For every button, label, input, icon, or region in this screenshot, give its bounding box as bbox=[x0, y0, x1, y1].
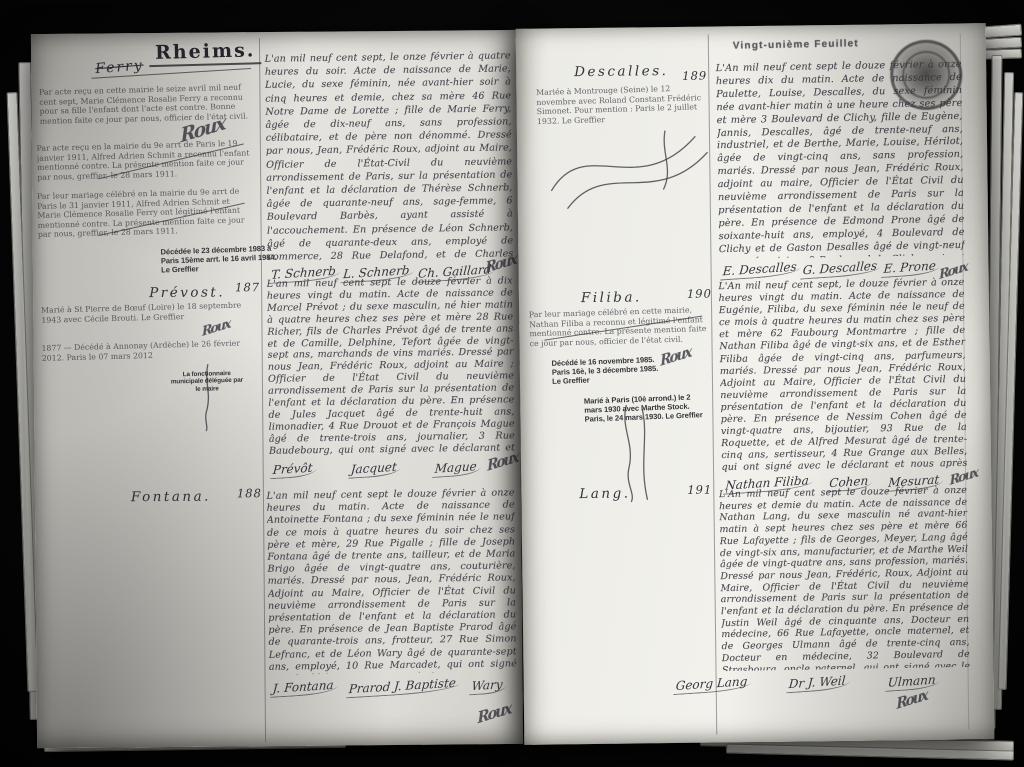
municipal-officer-stamp: La fonctionnaire municipale déléguée par… bbox=[168, 370, 247, 394]
signature-row: J. Fontana Prarod J. Baptiste Wary bbox=[271, 678, 507, 696]
signature: Georg Lang bbox=[673, 674, 752, 695]
signature-row: Georg Lang Dr J. Weil Ulmann bbox=[674, 674, 940, 693]
signature: Ulmann bbox=[885, 672, 940, 692]
pen-flourish bbox=[545, 122, 716, 214]
signature: Prarod J. Baptiste bbox=[346, 675, 460, 698]
signature: Dr J. Weil bbox=[787, 673, 851, 693]
record-number-191: 191 bbox=[687, 483, 712, 497]
right-page: Vingt-unième Feuillet Descalles. 189 Mar… bbox=[516, 23, 995, 745]
act-body-fontana: L'an mil neuf cent sept le douze février… bbox=[266, 487, 517, 674]
record-number-189: 189 bbox=[682, 69, 707, 83]
signature: Wary bbox=[469, 677, 507, 695]
signature: G. Descalles bbox=[800, 258, 882, 279]
photograph-background: Archives de Paris. Tous droits réservés.… bbox=[0, 0, 1024, 767]
folio-header: Vingt-unième Feuillet bbox=[696, 38, 896, 53]
margin-note-death-2012: 1877 — Décédé à Annonay (Ardèche) le 26 … bbox=[41, 338, 247, 367]
signature: J. Fontana bbox=[270, 678, 338, 698]
record-number-188: 188 bbox=[237, 486, 262, 500]
act-body-prevost: L'an mil neuf cent sept le douze février… bbox=[267, 275, 515, 456]
signature: Prévôt bbox=[270, 460, 317, 479]
death-mention-stamp: Décédée le 23 décembre 1983 à Paris 15èm… bbox=[160, 244, 279, 274]
marriage-mention-stamp: Marié à Paris (10è arrond.) le 2 mars 19… bbox=[584, 393, 711, 424]
signature-row: E. Descalles G. Descalles E. Prone bbox=[721, 260, 931, 279]
record-title-rheims: Rheims. bbox=[149, 39, 262, 67]
record-number-190: 190 bbox=[687, 287, 712, 301]
record-title-prevost: Prévost. bbox=[149, 284, 225, 301]
death-mention-stamp: Décédé le 16 novembre 1985. Paris 16è, l… bbox=[551, 356, 662, 387]
act-body-descalles: L'An mil neuf cent sept le douze février… bbox=[716, 59, 965, 259]
act-body-lang: L'An mil neuf cent sept le douze février… bbox=[719, 485, 970, 671]
record-title-fontana: Fontana. bbox=[131, 489, 211, 506]
officer-paraph: Roux bbox=[477, 699, 511, 727]
left-page: Rheims. Ferry Par acte reçu en cette mai… bbox=[31, 30, 523, 748]
act-body-filiba: L'An mil neuf cent sept, le douze févrie… bbox=[718, 277, 967, 473]
record-title-lang: Lang. bbox=[579, 486, 630, 503]
signature: E. Descalles bbox=[720, 259, 801, 280]
act-body-ferry: L'an mil neuf cent sept, le onze février… bbox=[265, 49, 514, 264]
signature-row: Prévôt Jacquet Mague bbox=[271, 460, 481, 478]
officer-paraph: Roux bbox=[896, 687, 927, 713]
record-title-filiba: Filiba. bbox=[581, 289, 642, 306]
record-number-187: 187 bbox=[235, 280, 260, 294]
margin-rule bbox=[708, 35, 718, 735]
signature: Mague bbox=[432, 459, 481, 478]
record-title-descalles: Descalles. bbox=[574, 63, 668, 80]
signature: E. Prone bbox=[881, 258, 940, 278]
margin-note-1911-marriage: Par leur mariage célébré en la mairie du… bbox=[37, 186, 253, 244]
signature: Jacquet bbox=[348, 460, 401, 479]
margin-note-marriage-1932: Mariée à Montrouge (Seine) le 12 novembr… bbox=[536, 83, 705, 128]
margin-note-1911-recognition: Par acte reçu en la mairie du 9e arrt de… bbox=[36, 138, 252, 188]
